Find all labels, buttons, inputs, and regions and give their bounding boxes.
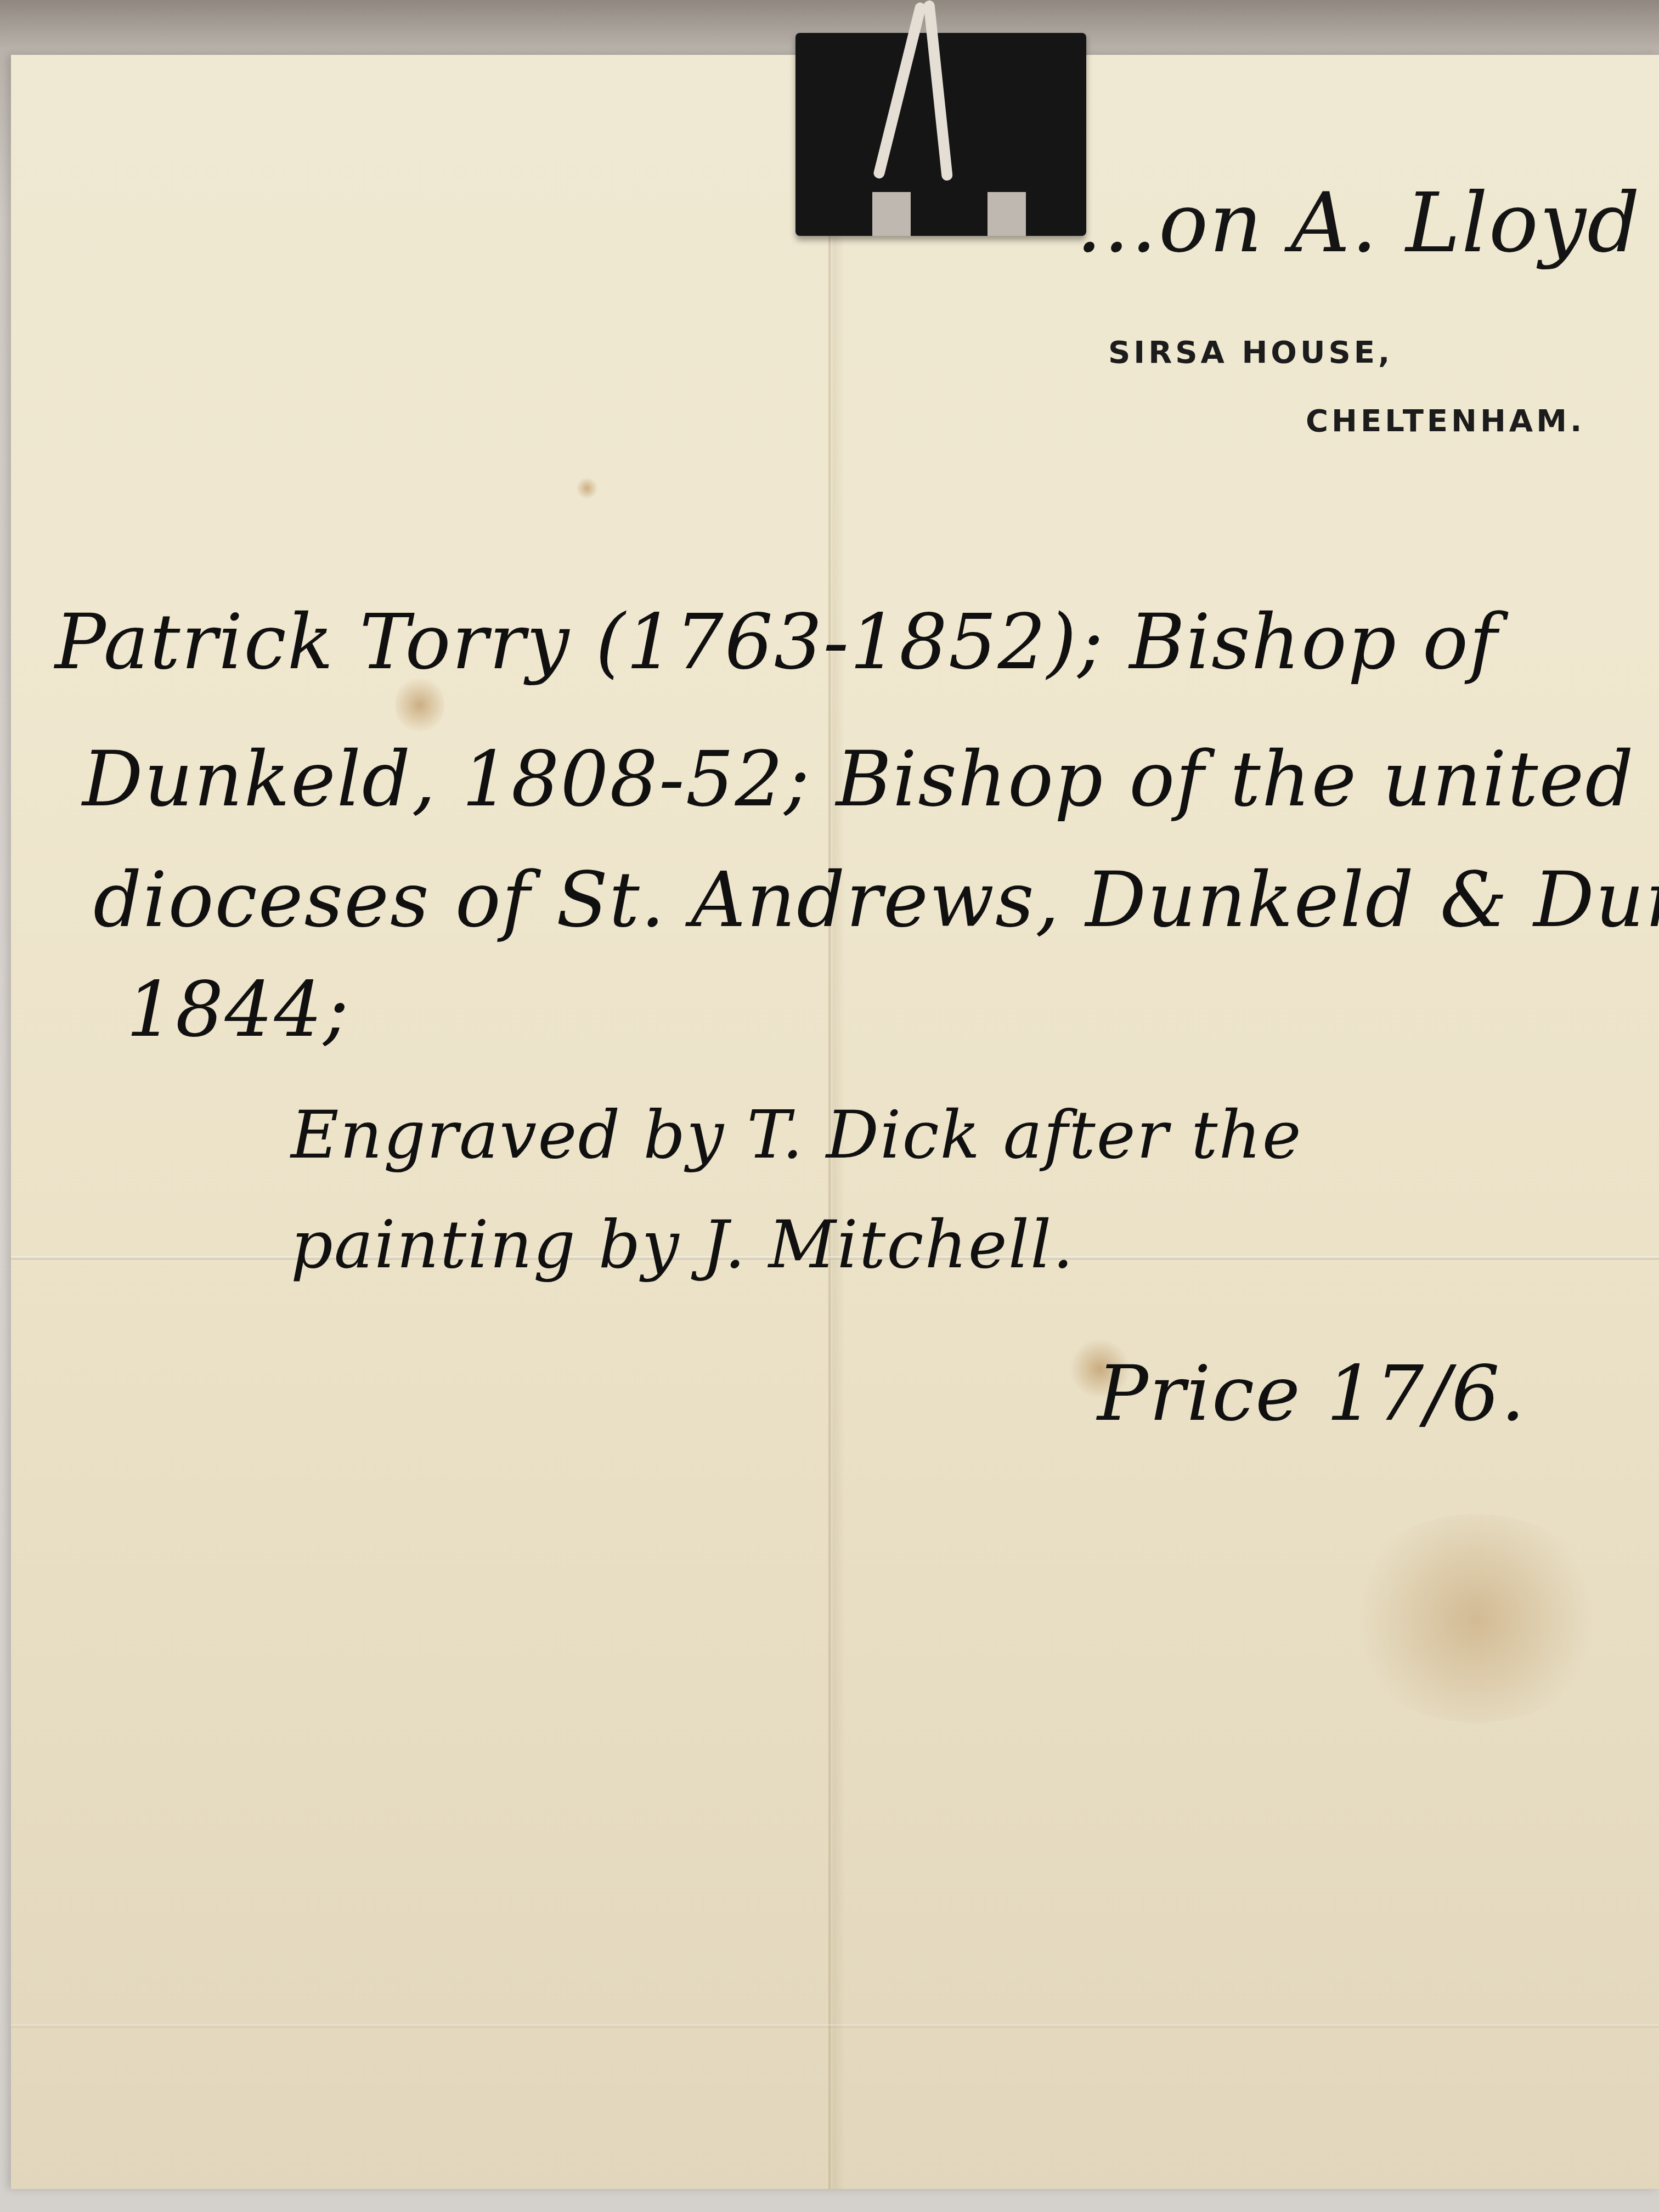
letterhead-address-line1: SIRSA HOUSE,: [1108, 335, 1393, 370]
lower-fold: [11, 2024, 1659, 2028]
note-line-2: Dunkeld, 1808-52; Bishop of the united: [82, 735, 1634, 823]
engraving-line-2: painting by J. Mitchell.: [291, 1207, 1075, 1283]
price-note: Price 17/6.: [1097, 1350, 1526, 1438]
binder-clip-notch: [988, 192, 1026, 236]
stain-spot: [576, 477, 598, 499]
note-line-4: 1844;: [126, 966, 350, 1054]
note-line-3: dioceses of St. Andrews, Dunkeld & Dunbl…: [93, 856, 1659, 944]
letterhead-name: …on A. Lloyd: [1075, 176, 1641, 271]
stain-patch: [1344, 1514, 1607, 1723]
letterhead-address-line2: CHELTENHAM.: [1306, 403, 1585, 439]
engraving-line-1: Engraved by T. Dick after the: [291, 1097, 1302, 1173]
binder-clip-notch: [872, 192, 911, 236]
note-line-1: Patrick Torry (1763-1852); Bishop of: [55, 598, 1498, 686]
binder-clip: [795, 33, 1086, 236]
